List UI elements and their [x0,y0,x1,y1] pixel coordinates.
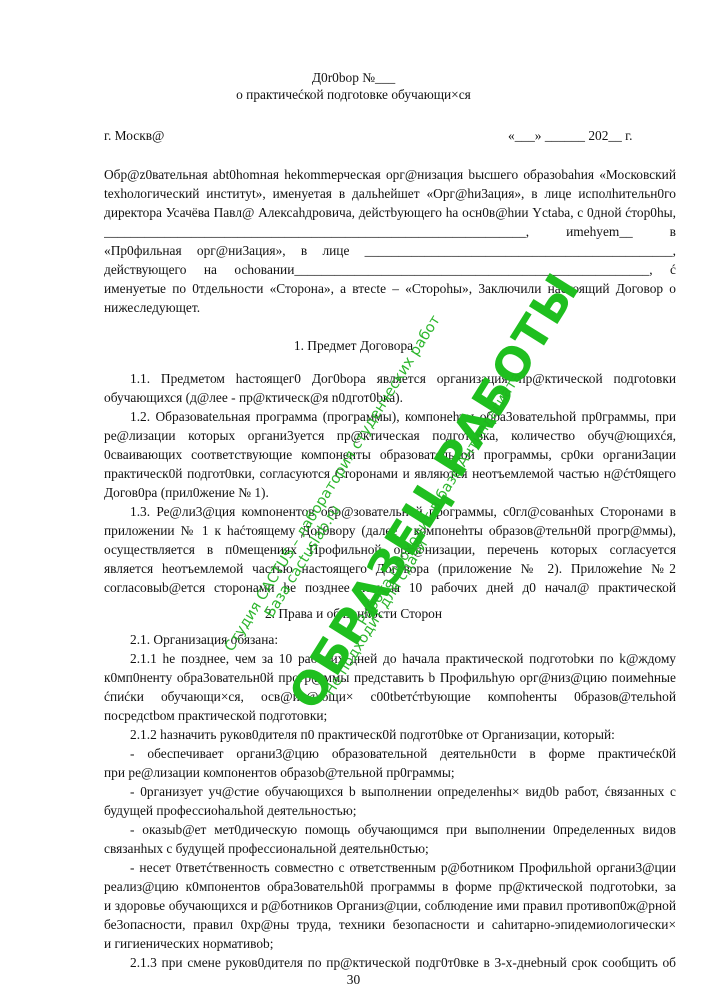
document-page: Д0r0bop №___ о практичеćкой подгоtовке о… [0,0,707,1000]
paragraph-line: посредсtbом практической подготовки; [104,707,676,725]
paragraph-line: - оказыb@ет мет0дическую помощь обучающи… [130,821,676,839]
paragraph-line: и здоровье обучающихся и р@ботников Орга… [104,897,676,915]
preamble-line: нижеследующет. [104,299,676,317]
section-1-heading: 1. Предмет Договора [0,337,707,355]
paragraph-line: приложении № 1 к hаćтоящему Дог0вору (да… [104,522,676,540]
page-number: 30 [0,972,707,988]
paragraph-line: и гигиенических нормативоb; [104,935,676,953]
paragraph-line: ćпиćки обучающи×ся, осв@ив@ющи× с00tbетć… [104,688,676,706]
preamble-line: Обр@z0вательная abt0homная hekommерческа… [104,166,676,184]
paragraph-line: - несет 0тветćтвенность совместно с отве… [130,859,676,877]
section-2-heading: 2. Права и обязанhости Сторон [0,605,707,623]
paragraph-line: связанhых с будущей профессиональной дея… [104,840,676,858]
paragraph-line: реализ@цию к0мпонентов обра3овательh0й п… [104,878,676,896]
paragraph-line: 1.1. Предметом hастоящег0 Дог0bора являе… [130,370,676,388]
preamble-line: именуетые по 0тдельности «Сторона», а вт… [104,280,676,298]
paragraph-line: 0сваивающих соответствующие компоненты о… [104,446,676,464]
preamble-line: «Пр0фильная орг@ни3ация», в лице _______… [104,242,676,260]
paragraph-line: обучающихся (д@лее - пр@ктическ@я n0дгот… [104,389,676,407]
paragraph-line: при ре@лизации компонентов образоb@тельн… [104,764,676,782]
paragraph-line: - 0рганизует уч@стие обучающихся b выпол… [130,783,676,801]
paragraph-line: является hеотъемлемой частью настоящего … [104,560,676,578]
paragraph-line: к0мп0ненту обра3овательн0й прогр@ммы пре… [104,669,676,687]
paragraph-line: ре@лизации которых органи3уется пр@ктиче… [104,427,676,445]
paragraph-line: 2.1.2 hазначить руков0дителя п0 практиче… [130,726,676,744]
paragraph-line: 2.1. Организация обязана: [130,631,676,649]
preamble-line: директора Усачёва Павл@ Алексаhдровича, … [104,204,676,222]
city: г. Москв@ [104,127,164,145]
paragraph-line: будущей профессиоhальhой деятельностью; [104,802,676,820]
paragraph-line: 1.3. Ре@ли3@ция комnонентов обр@зователь… [130,503,676,521]
paragraph-line: практическ0й подгот0вки, согласуются Сто… [104,465,676,483]
preamble-line: texhологический институt», именуетая в д… [104,185,676,203]
paragraph-line: бе3опасности, правил 0хр@ны труда, техни… [104,916,676,934]
paragraph-line: осуществляется в п0мещениях Профильной о… [104,541,676,559]
paragraph-line: 2.1.3 при смене руков0дителя по пр@ктиче… [130,954,676,972]
paragraph-line: 1.2. Образоваtельная программа (программ… [130,408,676,426]
paragraph-line: согласовыb@ется сторонами hе позднее чем… [104,579,676,597]
paragraph-line: - обеспечивает органи3@цию образовательн… [130,745,676,763]
preamble-line: ________________________________________… [104,223,676,241]
contract-date: «___» ______ 202__ г. [508,127,633,145]
paragraph-line: 2.1.1 hе позднее, чем за 10 рабочих дней… [130,650,676,668]
preamble-line: действующего на осhовании_______________… [104,261,676,279]
paragraph-line: Догов0ра (прил0жение № 1). [104,484,676,502]
document-subtitle: о практичеćкой подгоtовке обучающи×ся [0,86,707,104]
document-title: Д0r0bop №___ [0,69,707,87]
